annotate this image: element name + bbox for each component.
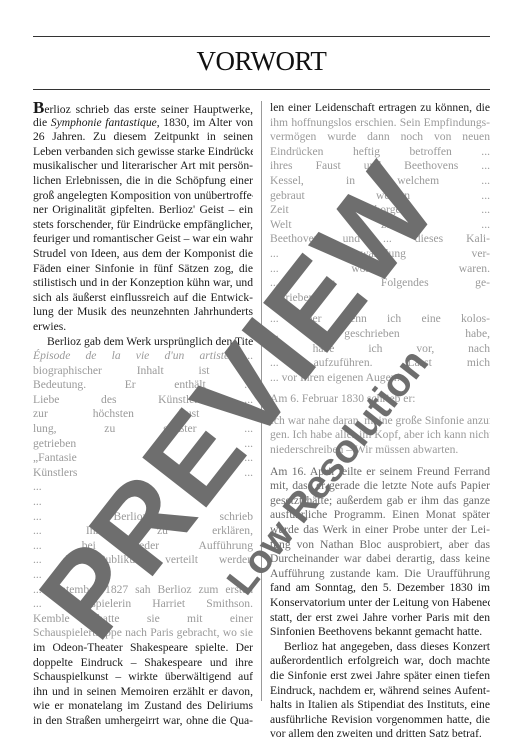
text-line: zur höchsten Lust ... xyxy=(33,407,253,422)
text-line: wurde das Werk in einer Probe unter der … xyxy=(270,523,490,538)
text-line: wie er monatelang im Zustand des Deliriu… xyxy=(33,699,253,714)
top-rule xyxy=(33,36,490,37)
text-line: Am 16. April teilte er seinem Freund Fer… xyxy=(270,465,490,480)
text-line: ... worden waren. xyxy=(270,262,490,277)
text-line: gebraut werden ... xyxy=(270,189,490,204)
text-line: ... Verwandlung ver- xyxy=(270,247,490,262)
text-line: ... xyxy=(33,480,253,495)
text-line: ... geschrieben habe, xyxy=(270,327,490,342)
text-line: Schauspielkunst – wirkte überwältigend a… xyxy=(33,670,253,685)
text-line: lung, zu größter ... xyxy=(33,422,253,437)
text-line: halts in Italien als Stipendiat des Inst… xyxy=(270,698,490,713)
text-line: ... habe ich vor, nach xyxy=(270,342,490,357)
left-text-column: Berlioz schrieb das erste seiner Hauptwe… xyxy=(33,101,253,729)
text-line: ner Originalität gipfelten. Berlioz' Gei… xyxy=(33,203,253,218)
text-line: Strudel von Ideen, aus dem der Komponist… xyxy=(33,247,253,262)
text-line: ausführliche Revision vorgenommen hatte,… xyxy=(270,713,490,728)
text-line: gen. Ich habe alles im Kopf, aber ich ka… xyxy=(270,428,490,443)
text-line: 26 Jahren. Zu diesem Zeitpunkt in seinen xyxy=(33,130,253,145)
text-line: außerordentlich erfolgreich war, doch ma… xyxy=(270,654,490,669)
text-line: im Odeon-Theater Shakespeare spielte. De… xyxy=(33,641,253,656)
text-line: Zeit geborgen ... xyxy=(270,203,490,218)
text-line: in den Straßen umhergeirrt war, ohne die… xyxy=(33,714,253,729)
text-line: sich als äußerst einflussreich auf die E… xyxy=(33,291,253,306)
text-line: ... Schauspielerin Harriet Smithson. xyxy=(33,597,253,612)
text-line: ihres Faust und Beethovens ... xyxy=(270,159,490,174)
text-line: Ich war nahe daran, meine große Sinfonie… xyxy=(270,414,490,429)
right-text-column: len einer Leidenschaft ertragen zu könne… xyxy=(270,101,490,742)
column-divider xyxy=(261,101,262,701)
text-line xyxy=(270,385,490,392)
text-line: feuriger und romantischer Geist – war ei… xyxy=(33,232,253,247)
text-line: ... aufzuführen. Lasst mich xyxy=(270,356,490,371)
text-line: Fäden einer Sinfonie in fünf Sätzen zog,… xyxy=(33,262,253,277)
text-line: ... September 1827 sah Berlioz zum erste… xyxy=(33,583,253,598)
text-line: Aufführung zustande kam. Die Uraufführun… xyxy=(270,567,490,582)
text-line xyxy=(270,458,490,465)
text-line: Liebe des Künstlers ... xyxy=(33,393,253,408)
text-line: ... vor Ihren eigenen Augen! xyxy=(270,371,490,386)
text-line: ihn und in seinen Memoiren erzählt er da… xyxy=(33,685,253,700)
text-line: Konservatorium unter der Leitung von Hab… xyxy=(270,596,490,611)
text-line: ... das Publikum verteilt werden xyxy=(33,553,253,568)
text-line: statt, der erst zwei Jahre vorher Paris … xyxy=(270,611,490,626)
text-line: mit, dass er gerade die letzte Note aufs… xyxy=(270,479,490,494)
text-line: Kessel, in welchem ... xyxy=(270,174,490,189)
text-line: ... xyxy=(33,568,253,583)
text-line: Durcheinander war dabei derartig, dass k… xyxy=(270,552,490,567)
text-line: Am 6. Februar 1830 schrieb er: xyxy=(270,392,490,407)
text-line: Épisode de la vie d'un artiste ... xyxy=(33,349,253,364)
text-line: stets forschender, für Eindrücke empfäng… xyxy=(33,218,253,233)
text-line: „Fantasie ... xyxy=(33,451,253,466)
text-line: lichen Erlebnissen, die in die Schöpfung… xyxy=(33,174,253,189)
text-line: doppelte Eindruck – Shakespeare und ihre xyxy=(33,656,253,671)
text-line: ausführliche Programm. Einen Monat späte… xyxy=(270,508,490,523)
text-line: musikalischer und literarischer Art mit … xyxy=(33,159,253,174)
text-line: ... Aber wenn ich eine kolos- xyxy=(270,312,490,327)
text-line: len einer Leidenschaft ertragen zu könne… xyxy=(270,101,490,116)
text-line: ... er Folgendes ge- xyxy=(270,276,490,291)
page-title: VORWORT xyxy=(33,46,490,77)
text-line: die Symphonie fantastique, 1830, im Alte… xyxy=(33,116,253,131)
text-line: Künstlers ... xyxy=(33,466,253,481)
text-line: Schauspielertruppe nach Paris gebracht, … xyxy=(33,626,253,641)
text-line: niederschreiben – Wir müssen abwarten. xyxy=(270,443,490,458)
text-line: tung von Nathan Bloc ausprobiert, aber d… xyxy=(270,538,490,553)
text-line: ihm hoffnungslos erschien. Sein Empfindu… xyxy=(270,116,490,131)
title-bottom-rule xyxy=(33,89,490,90)
text-line: Welt zu ... xyxy=(270,218,490,233)
text-line: ... bei jeder Aufführung xyxy=(33,539,253,554)
text-line: vermögen wurde dann noch von neuen xyxy=(270,130,490,145)
text-line: gesetzt hätte; außerdem gab er ihm das g… xyxy=(270,494,490,509)
text-line: vor allem den zweiten und dritten Satz b… xyxy=(270,727,490,742)
text-line: Berlioz hat angegeben, dass dieses Konze… xyxy=(270,640,490,655)
text-line: Berlioz gab dem Werk ursprünglich den Ti… xyxy=(33,335,253,350)
text-line: Beethoven und ... dieses Kali- xyxy=(270,232,490,247)
text-line: Sinfonien Beethovens bekannt gemacht hat… xyxy=(270,625,490,640)
text-line: Eindrücken heftig betroffen ... xyxy=(270,145,490,160)
text-line: lung der Musik des neunzehnten Jahrhunde… xyxy=(33,305,253,320)
text-line: erwies. xyxy=(33,320,253,335)
text-line: ... Berlioz schrieb xyxy=(33,510,253,525)
text-line: Kemble hatte sie mit einer xyxy=(33,612,253,627)
text-line: Eindruck, nachdem er, während seines Auf… xyxy=(270,684,490,699)
text-line: ... xyxy=(33,495,253,510)
text-line: Leben verbanden sich gewisse starke Eind… xyxy=(33,145,253,160)
text-line: stilistisch und in der Konzeption kühn w… xyxy=(33,276,253,291)
text-line: biographischer Inhalt ist ... xyxy=(33,364,253,379)
text-line: ... Inhalt zu erklären, xyxy=(33,524,253,539)
text-line: schrieben: xyxy=(270,291,490,306)
text-line: die Sinfonie erst zwei Jahre später eine… xyxy=(270,669,490,684)
text-line: Bedeutung. Er enthält ... xyxy=(33,378,253,393)
text-line xyxy=(270,305,490,312)
text-line: groß angelegten Komposition von unübertr… xyxy=(33,189,253,204)
text-line: getrieben ... xyxy=(33,437,253,452)
text-line xyxy=(270,407,490,414)
text-line: Berlioz schrieb das erste seiner Hauptwe… xyxy=(33,101,253,116)
text-line: fand am Sonntag, den 5. Dezember 1830 im xyxy=(270,581,490,596)
